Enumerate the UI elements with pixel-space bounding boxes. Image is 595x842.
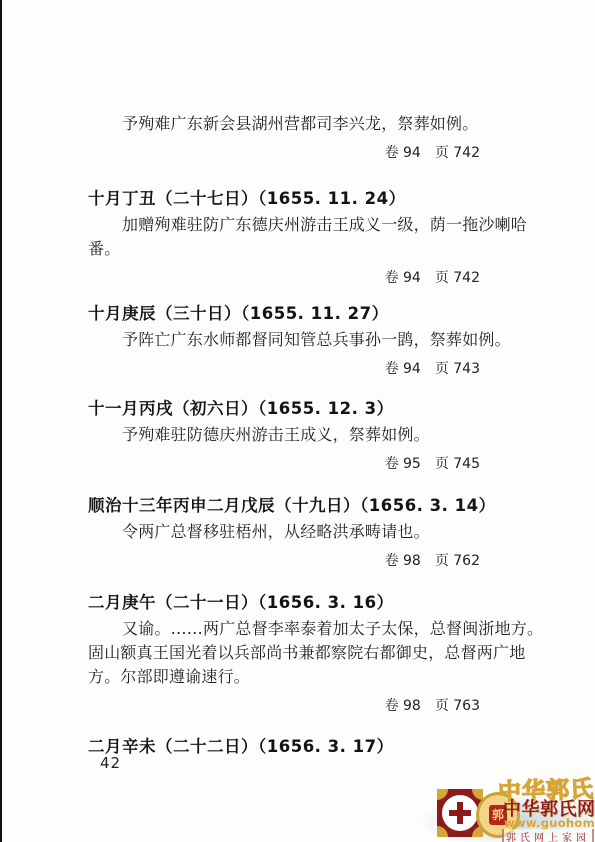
record-entries-container: 予殉难广东新会县湖州营都司李兴龙，祭葬如例。卷 94页 742十月丁丑（二十七日… xyxy=(88,0,530,842)
record-entry: 予殉难广东新会县湖州营都司李兴龙，祭葬如例。卷 94页 742 xyxy=(88,112,530,164)
entry-body-line: 予殉难广东新会县湖州营都司李兴龙，祭葬如例。 xyxy=(88,112,530,136)
ref-volume: 卷 94 xyxy=(385,270,421,286)
ref-page: 页 742 xyxy=(435,270,480,286)
ref-page: 页 743 xyxy=(435,361,480,377)
ref-page: 页 762 xyxy=(435,553,480,569)
record-entry: 十一月丙戌（初六日）（1655. 12. 3）予殉难驻防德庆州游击王成义，祭葬如… xyxy=(88,396,530,475)
ref-volume: 卷 98 xyxy=(385,698,421,714)
ref-volume: 卷 95 xyxy=(385,456,421,472)
entry-ref: 卷 95页 745 xyxy=(88,453,530,475)
entry-body-line: 加赠殉难驻防广东德庆州游击王成义一级，荫一拖沙喇哈 xyxy=(88,213,530,237)
entry-heading: 顺治十三年丙申二月戊辰（十九日）（1656. 3. 14） xyxy=(88,493,530,519)
entry-body-line: 予阵亡广东水师都督同知管总兵事孙一鹍，祭葬如例。 xyxy=(88,328,530,352)
ref-page: 页 745 xyxy=(435,456,480,472)
ref-page: 页 763 xyxy=(435,698,480,714)
entry-heading: 十月丁丑（二十七日）（1655. 11. 24） xyxy=(88,186,530,212)
entry-body-line: 又谕。……两广总督李率泰着加太子太保，总督闽浙地方。 xyxy=(88,617,530,641)
entry-heading: 十月庚辰（三十日）（1655. 11. 27） xyxy=(88,301,530,327)
entry-ref: 卷 94页 743 xyxy=(88,358,530,380)
entry-heading: 二月辛未（二十二日）（1656. 3. 17） xyxy=(88,734,530,760)
entry-body-line: 方。尔部即遵谕速行。 xyxy=(88,665,530,689)
page-spine-line xyxy=(0,0,2,842)
entry-heading: 十一月丙戌（初六日）（1655. 12. 3） xyxy=(88,396,530,422)
entry-ref: 卷 94页 742 xyxy=(88,142,530,164)
ref-volume: 卷 94 xyxy=(385,145,421,161)
scanned-book-page: 予殉难广东新会县湖州营都司李兴龙，祭葬如例。卷 94页 742十月丁丑（二十七日… xyxy=(0,0,595,842)
ref-volume: 卷 98 xyxy=(385,553,421,569)
record-entry: 二月庚午（二十一日）（1656. 3. 16）又谕。……两广总督李率泰着加太子太… xyxy=(88,590,530,717)
record-entry: 十月庚辰（三十日）（1655. 11. 27）予阵亡广东水师都督同知管总兵事孙一… xyxy=(88,301,530,380)
entry-body-line: 令两广总督移驻梧州，从经略洪承畴请也。 xyxy=(88,520,530,544)
ref-volume: 卷 94 xyxy=(385,361,421,377)
ref-page: 页 742 xyxy=(435,145,480,161)
page-number: 42 xyxy=(100,754,121,772)
entry-ref: 卷 98页 762 xyxy=(88,550,530,572)
entry-heading: 二月庚午（二十一日）（1656. 3. 16） xyxy=(88,590,530,616)
record-entry: 二月辛未（二十二日）（1656. 3. 17） xyxy=(88,734,530,761)
entry-ref: 卷 98页 763 xyxy=(88,695,530,717)
entry-body-line: 固山额真王国光着以兵部尚书兼都察院右都御史，总督两广地 xyxy=(88,641,530,665)
entry-ref: 卷 94页 742 xyxy=(88,267,530,289)
record-entry: 十月丁丑（二十七日）（1655. 11. 24）加赠殉难驻防广东德庆州游击王成义… xyxy=(88,186,530,289)
entry-body-line: 予殉难驻防德庆州游击王成义，祭葬如例。 xyxy=(88,423,530,447)
record-entry: 顺治十三年丙申二月戊辰（十九日）（1656. 3. 14）令两广总督移驻梧州，从… xyxy=(88,493,530,572)
entry-body-line: 番。 xyxy=(88,237,530,261)
